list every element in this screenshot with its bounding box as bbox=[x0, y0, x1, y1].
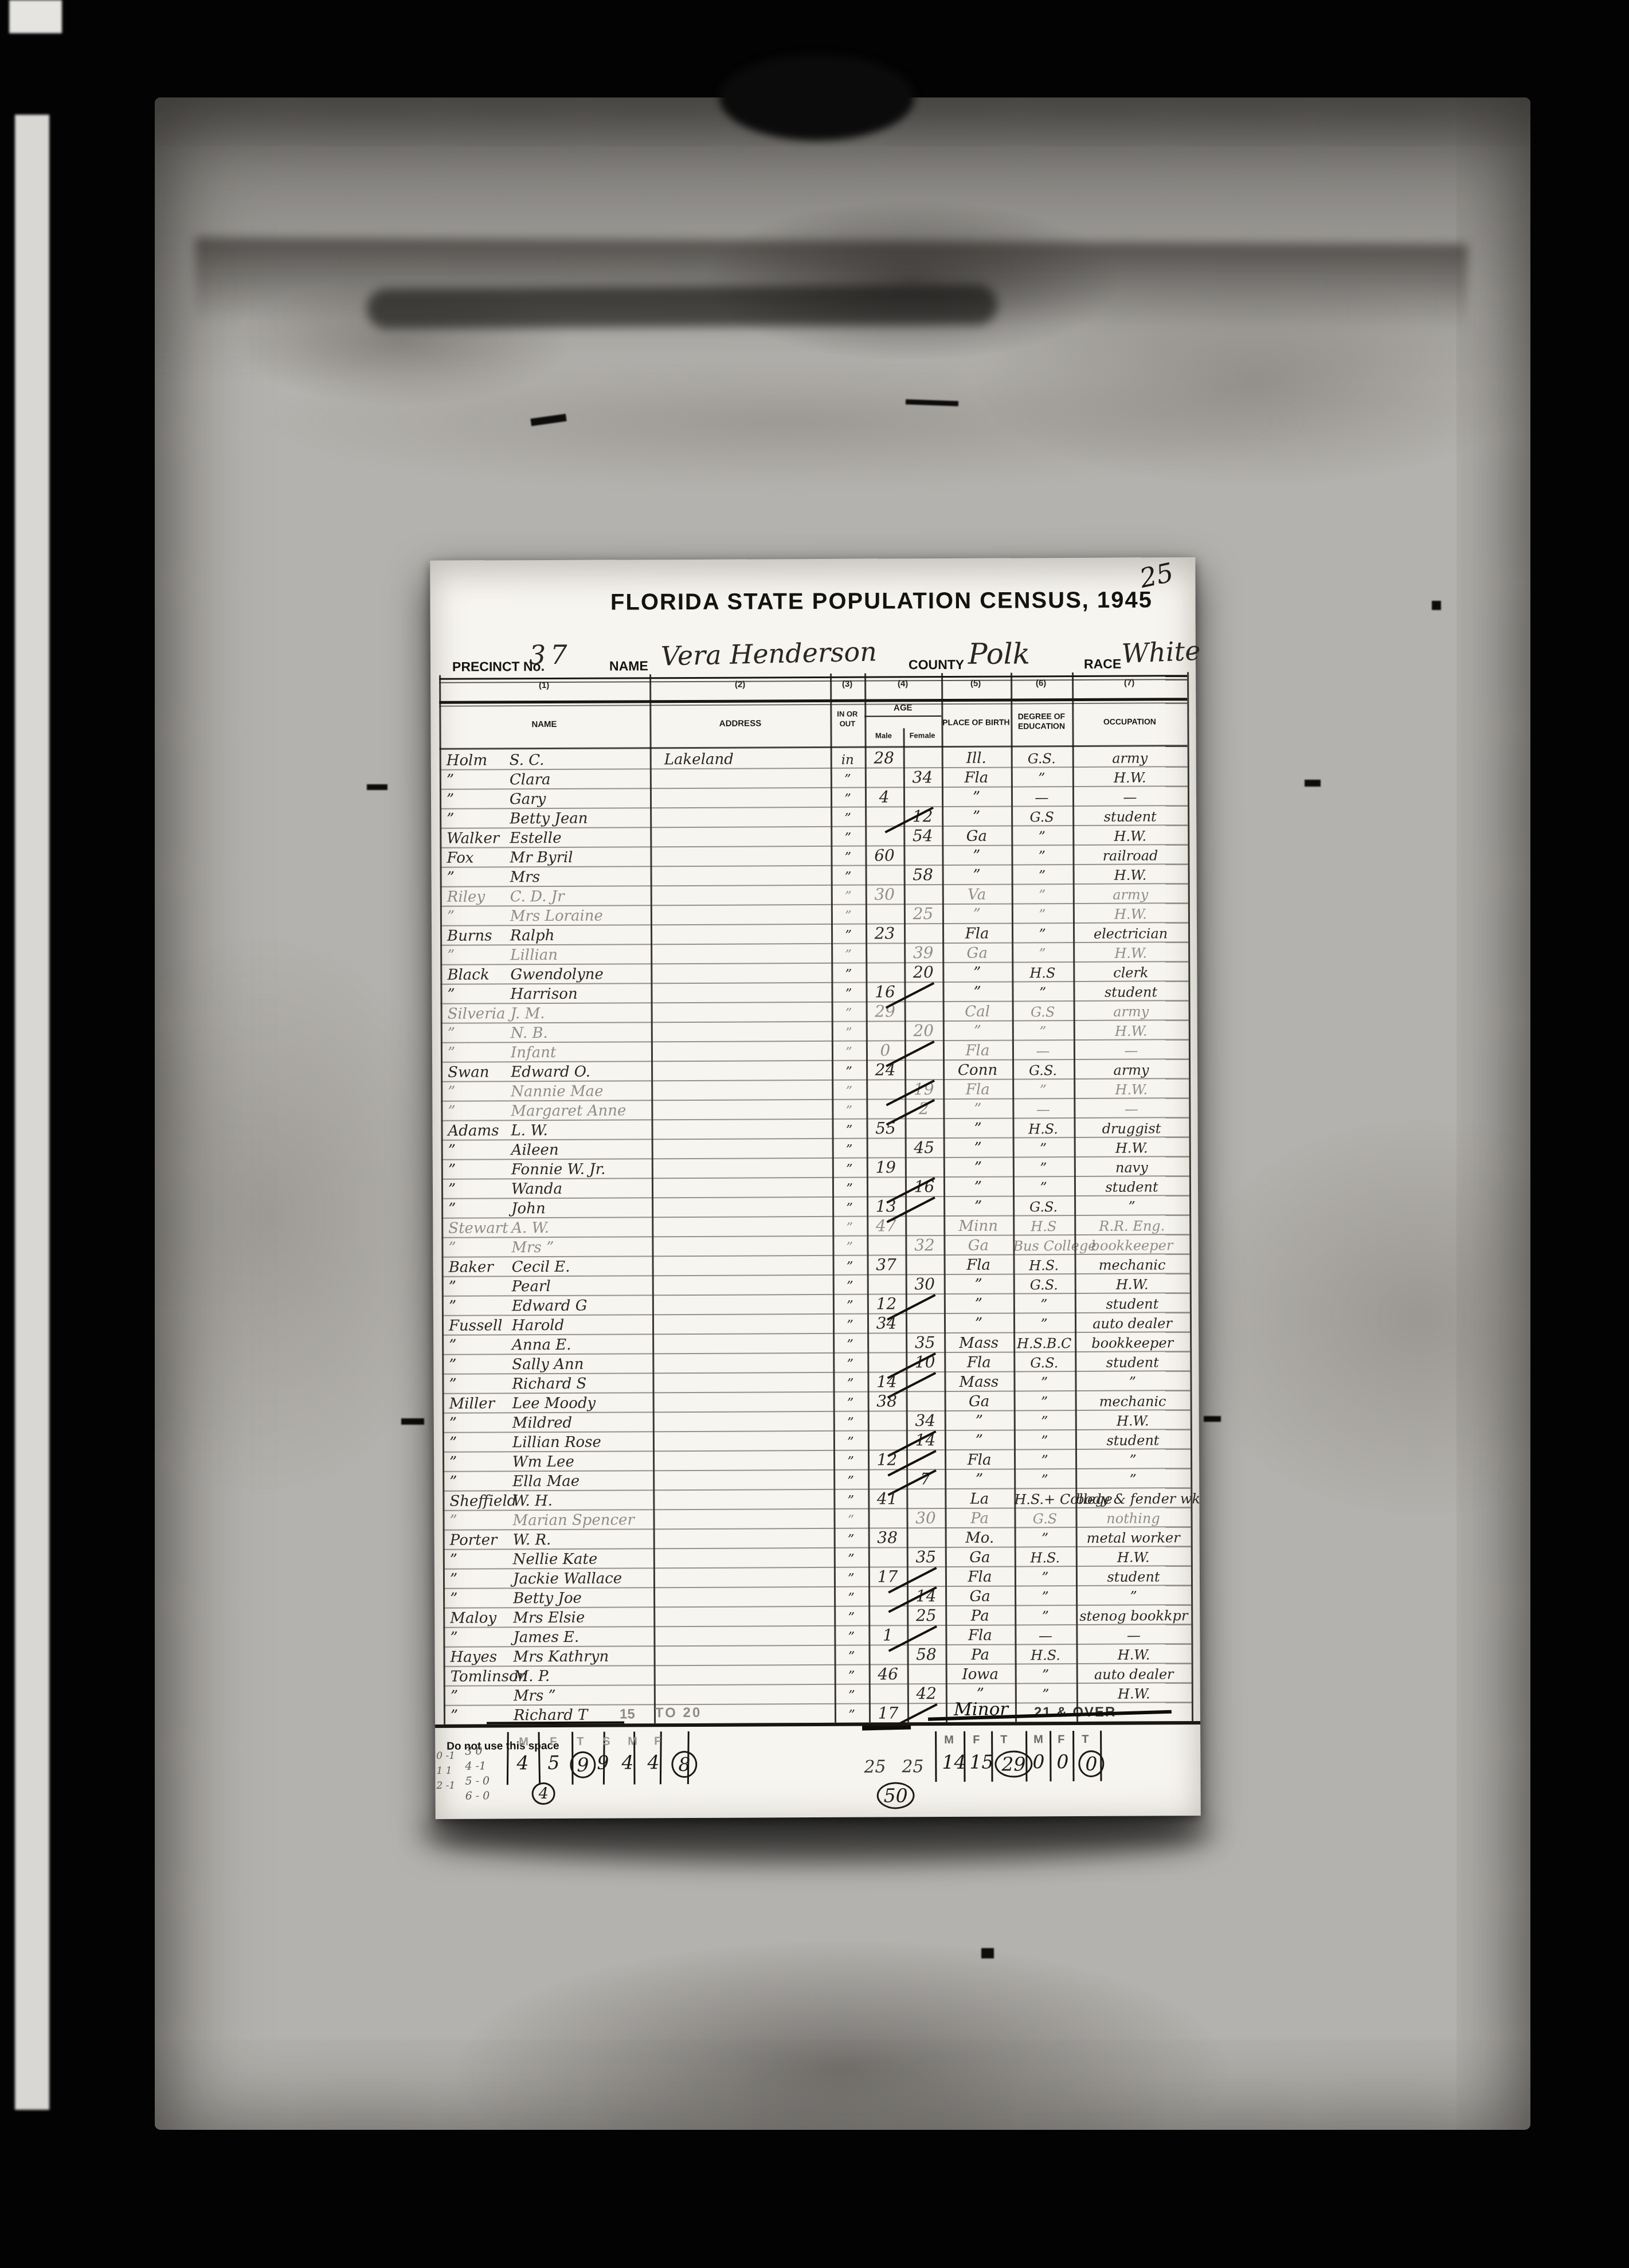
cell-education: ” bbox=[1014, 1394, 1075, 1410]
name-label: NAME bbox=[609, 658, 648, 674]
cell-male: 30 bbox=[866, 885, 904, 904]
cell-surname: ” bbox=[449, 1512, 457, 1530]
column-number: (5) bbox=[958, 679, 993, 689]
tally-letter: T bbox=[577, 1735, 584, 1749]
cell-in_out: ” bbox=[831, 811, 865, 826]
col-header-address: ADDRESS bbox=[683, 718, 797, 729]
cell-birth: ” bbox=[943, 1022, 1012, 1040]
tally-circled-below: 4 bbox=[532, 1782, 555, 1805]
col-header-age: AGE bbox=[868, 703, 937, 713]
film-smudge bbox=[367, 284, 997, 329]
col-header-name: NAME bbox=[487, 719, 601, 730]
cell-given: Mrs Elsie bbox=[513, 1609, 585, 1627]
cell-surname: ” bbox=[447, 908, 455, 925]
cell-surname: Stewart bbox=[448, 1219, 508, 1237]
cell-male: 4 bbox=[865, 787, 903, 806]
cell-given: Wm Lee bbox=[512, 1453, 574, 1471]
group-letter: T bbox=[1000, 1734, 1007, 1747]
cell-in_out: ” bbox=[832, 1123, 867, 1138]
cell-in_out: ” bbox=[832, 1201, 867, 1216]
cell-female: 34 bbox=[903, 768, 942, 787]
cell-surname: Adams bbox=[448, 1122, 499, 1139]
cell-occupation: ” bbox=[1076, 1588, 1191, 1605]
tally-value: 4 bbox=[516, 1751, 528, 1774]
cell-in_out: ” bbox=[833, 1357, 867, 1372]
cell-education: H.S.+ College bbox=[1014, 1491, 1075, 1507]
cell-in_out: ” bbox=[833, 1279, 867, 1294]
cell-occupation: ” bbox=[1075, 1452, 1191, 1468]
cell-education: ” bbox=[1015, 1589, 1076, 1605]
cell-given: Clara bbox=[510, 771, 551, 788]
cell-education: ” bbox=[1014, 1433, 1075, 1449]
cell-education: ” bbox=[1013, 1374, 1075, 1390]
cell-in_out: ” bbox=[834, 1610, 868, 1625]
cell-occupation: electrician bbox=[1073, 925, 1188, 942]
cell-male: 13 bbox=[867, 1196, 905, 1215]
cell-in_out: ” bbox=[833, 1338, 867, 1352]
cell-given: Lillian bbox=[510, 947, 558, 964]
cell-surname: Baker bbox=[449, 1258, 494, 1276]
cell-given: Mrs Kathryn bbox=[513, 1648, 609, 1666]
cell-female: 35 bbox=[906, 1333, 944, 1352]
cell-surname: Swan bbox=[448, 1063, 489, 1081]
cell-given: Fonnie W. Jr. bbox=[511, 1161, 606, 1179]
column-number: (3) bbox=[830, 679, 864, 689]
cell-surname: ” bbox=[450, 1590, 457, 1608]
cell-occupation: ” bbox=[1075, 1374, 1190, 1390]
cell-occupation: ” bbox=[1074, 1198, 1189, 1215]
cell-occupation: H.W. bbox=[1075, 1276, 1190, 1293]
cell-male: 24 bbox=[866, 1060, 904, 1079]
film-blot bbox=[719, 54, 914, 140]
cell-birth: Cal bbox=[943, 1003, 1012, 1020]
cell-surname: ” bbox=[450, 1629, 457, 1647]
cell-given: Gary bbox=[510, 791, 546, 808]
col-header-occupation: OCCUPATION bbox=[1072, 717, 1187, 727]
cell-education: ” bbox=[1012, 1082, 1074, 1098]
cell-occupation: army bbox=[1073, 886, 1188, 903]
cell-given: Pearl bbox=[512, 1278, 551, 1295]
tally-letter: M bbox=[628, 1735, 637, 1748]
cell-occupation: druggist bbox=[1074, 1120, 1189, 1137]
group-stroke bbox=[1072, 1731, 1074, 1781]
cell-given: Lee Moody bbox=[512, 1395, 596, 1413]
cell-in_out: ” bbox=[832, 1006, 866, 1021]
group-value: 15 bbox=[969, 1751, 993, 1773]
film-artifact bbox=[981, 1948, 994, 1958]
printed-16to20-label: TO 20 bbox=[655, 1705, 702, 1721]
cell-given: Mr Byril bbox=[510, 849, 573, 866]
cell-occupation: H.W. bbox=[1076, 1549, 1191, 1566]
cell-in_out: ” bbox=[831, 850, 865, 865]
cell-education: ” bbox=[1011, 828, 1072, 844]
cell-surname: Maloy bbox=[450, 1609, 496, 1626]
cell-male: 16 bbox=[866, 982, 904, 1001]
cell-occupation: H.W. bbox=[1073, 906, 1188, 922]
cell-surname: ” bbox=[447, 791, 454, 808]
cell-education: ” bbox=[1014, 1413, 1075, 1429]
cell-female: 34 bbox=[906, 1411, 945, 1430]
cell-male: 38 bbox=[868, 1528, 907, 1547]
cell-education: G.S. bbox=[1013, 1355, 1075, 1371]
cell-male: 60 bbox=[865, 846, 903, 865]
group-stroke bbox=[1050, 1731, 1051, 1781]
film-smudge bbox=[241, 367, 1330, 505]
col-header-in-or-out: IN OR OUT bbox=[830, 709, 864, 729]
cell-in_out: ” bbox=[831, 889, 866, 904]
cell-occupation: H.W. bbox=[1073, 867, 1188, 883]
cell-education: G.S bbox=[1011, 809, 1072, 825]
cell-education: — bbox=[1012, 1101, 1074, 1117]
cell-male: 34 bbox=[867, 1313, 906, 1332]
cell-male: 0 bbox=[866, 1041, 904, 1059]
cell-surname: Hayes bbox=[450, 1648, 497, 1665]
cell-female: 7 bbox=[906, 1469, 945, 1488]
cell-given: Anna E. bbox=[512, 1336, 571, 1354]
cell-surname: ” bbox=[447, 869, 455, 886]
cell-birth: Fla bbox=[945, 1626, 1015, 1644]
cell-given: Marian Spencer bbox=[512, 1511, 634, 1529]
grand-total: 50 bbox=[877, 1782, 915, 1809]
cell-in_out: ” bbox=[832, 1221, 867, 1235]
cell-education: G.S. bbox=[1012, 1062, 1074, 1078]
group-letter: F bbox=[1058, 1733, 1064, 1746]
name-value: Vera Henderson bbox=[660, 636, 877, 671]
tally-value: 9 bbox=[597, 1751, 609, 1774]
group-value: 0 bbox=[1056, 1750, 1068, 1773]
cell-surname: ” bbox=[448, 1181, 456, 1198]
cell-surname: ” bbox=[447, 772, 454, 789]
cell-occupation: bookkeeper bbox=[1074, 1237, 1189, 1254]
cell-birth: Fla bbox=[945, 1568, 1015, 1586]
cell-occupation: stenog bookkpr bbox=[1076, 1608, 1191, 1624]
cell-occupation: H.W. bbox=[1073, 945, 1188, 961]
cell-in_out: ” bbox=[831, 928, 866, 943]
cell-surname: Walker bbox=[447, 830, 499, 847]
cell-birth: Iowa bbox=[946, 1665, 1015, 1683]
tally-value: 5 bbox=[547, 1751, 559, 1774]
cell-education: H.S. bbox=[1015, 1647, 1076, 1663]
cell-given: Aileen bbox=[511, 1141, 559, 1159]
cell-birth: ” bbox=[943, 1159, 1013, 1176]
cell-occupation: — bbox=[1076, 1627, 1191, 1644]
cell-education: G.S bbox=[1012, 1004, 1074, 1020]
cell-birth: Pa bbox=[945, 1607, 1015, 1625]
cell-birth: Fla bbox=[942, 769, 1011, 787]
cell-education: — bbox=[1011, 789, 1072, 805]
cell-given: Infant bbox=[511, 1044, 556, 1061]
cell-in_out: ” bbox=[833, 1377, 867, 1391]
group-stroke bbox=[935, 1731, 937, 1782]
pencil-tally-mid: 3 0 4 -1 5 - 0 6 - 0 bbox=[465, 1743, 490, 1803]
cell-education: ” bbox=[1012, 984, 1073, 1000]
group-value: 14 bbox=[942, 1751, 966, 1773]
cell-surname: ” bbox=[449, 1356, 456, 1374]
cell-in_out: ” bbox=[834, 1552, 868, 1567]
cell-surname: ” bbox=[449, 1376, 456, 1393]
cell-occupation: metal worker bbox=[1076, 1530, 1191, 1546]
cell-in_out: ” bbox=[834, 1571, 868, 1586]
male-total: 25 bbox=[864, 1757, 886, 1777]
adjacent-frame-sliver bbox=[15, 115, 49, 2110]
cell-in_out: ” bbox=[835, 1708, 869, 1723]
cell-birth: ” bbox=[942, 867, 1012, 885]
cell-education: ” bbox=[1013, 1140, 1074, 1156]
cell-surname: Burns bbox=[447, 927, 492, 944]
cell-female: 30 bbox=[906, 1274, 944, 1293]
cell-in_out: ” bbox=[834, 1532, 868, 1547]
cell-male: 23 bbox=[866, 924, 904, 943]
cell-in_out: ” bbox=[833, 1513, 868, 1528]
cell-occupation: ” bbox=[1075, 1471, 1191, 1488]
cell-in_out: ” bbox=[833, 1454, 868, 1469]
cell-given: Harold bbox=[512, 1317, 564, 1334]
cell-male: 12 bbox=[868, 1450, 906, 1469]
cell-male: 28 bbox=[865, 748, 903, 767]
cell-birth: ” bbox=[942, 964, 1012, 982]
film-artifact bbox=[1204, 1416, 1221, 1422]
cell-occupation: H.W. bbox=[1076, 1647, 1191, 1663]
cell-education: ” bbox=[1012, 867, 1073, 883]
col-header-male: Male bbox=[865, 730, 903, 740]
cell-in_out: ” bbox=[835, 1688, 869, 1703]
group-value: 29 bbox=[994, 1750, 1032, 1777]
cell-birth: ” bbox=[945, 1412, 1014, 1430]
cell-education: ” bbox=[1015, 1667, 1076, 1683]
col-header-female: Female bbox=[903, 730, 942, 740]
age-underline bbox=[864, 715, 941, 717]
cell-surname: ” bbox=[449, 1337, 456, 1354]
cell-birth: ” bbox=[942, 808, 1011, 826]
cell-education: ” bbox=[1013, 1296, 1075, 1312]
cell-female: 19 bbox=[904, 1080, 943, 1098]
cell-surname: ” bbox=[448, 1103, 455, 1120]
cell-occupation: student bbox=[1075, 1296, 1190, 1312]
cell-given: W. R. bbox=[513, 1531, 551, 1549]
cell-occupation: mechanic bbox=[1075, 1257, 1190, 1273]
cell-in_out: ” bbox=[831, 967, 866, 982]
cell-occupation: R.R. Eng. bbox=[1074, 1218, 1189, 1234]
cell-given: Gwendolyne bbox=[510, 966, 604, 984]
cell-birth: ” bbox=[944, 1276, 1013, 1293]
cell-in_out: ” bbox=[835, 1669, 869, 1684]
cell-birth: Fla bbox=[944, 1354, 1013, 1371]
cell-occupation: — bbox=[1074, 1101, 1189, 1117]
cell-occupation: bookkeeper bbox=[1075, 1335, 1190, 1351]
cell-surname: ” bbox=[448, 1201, 456, 1218]
group-letter: M bbox=[1033, 1733, 1043, 1746]
cell-birth: La bbox=[945, 1490, 1014, 1508]
cell-female: 42 bbox=[907, 1684, 946, 1703]
cell-female: 14 bbox=[906, 1430, 945, 1449]
cell-education: H.S bbox=[1012, 965, 1073, 981]
cell-birth: Pa bbox=[945, 1510, 1014, 1527]
cell-occupation: army bbox=[1074, 1003, 1189, 1020]
cell-given: Betty Joe bbox=[513, 1590, 582, 1608]
county-label: COUNTY bbox=[909, 657, 964, 672]
cell-in_out: ” bbox=[832, 1240, 867, 1255]
cell-female: 39 bbox=[904, 943, 942, 962]
col-header-birth: PLACE OF BIRTH bbox=[941, 718, 1011, 728]
cell-male: 17 bbox=[869, 1703, 907, 1722]
cell-female: 25 bbox=[907, 1606, 945, 1625]
cell-given: N. B. bbox=[511, 1024, 548, 1042]
adjacent-frame-sliver bbox=[9, 0, 62, 33]
cell-surname: ” bbox=[449, 1298, 456, 1315]
cell-occupation: H.W. bbox=[1072, 769, 1188, 786]
cell-given: W. H. bbox=[512, 1492, 553, 1510]
cell-occupation: student bbox=[1075, 1354, 1190, 1371]
cell-education: ” bbox=[1012, 1023, 1074, 1039]
cell-surname: ” bbox=[447, 947, 455, 964]
precinct-value: 37 bbox=[529, 639, 572, 670]
cell-birth: Ga bbox=[942, 945, 1012, 963]
cell-surname: ” bbox=[449, 1434, 457, 1452]
tally-letter: F bbox=[550, 1735, 557, 1749]
cell-occupation: clerk bbox=[1073, 964, 1188, 981]
cell-surname: ” bbox=[449, 1473, 457, 1491]
cell-education: ” bbox=[1014, 1472, 1075, 1488]
cell-birth: Fla bbox=[942, 925, 1012, 943]
cell-in_out: ” bbox=[832, 1045, 866, 1060]
cell-given: Richard S bbox=[512, 1375, 586, 1393]
column-number: (7) bbox=[1112, 678, 1146, 687]
cell-occupation: body & fender wk bbox=[1075, 1491, 1191, 1507]
cell-male: 55 bbox=[866, 1119, 904, 1137]
group-value: 0 bbox=[1032, 1750, 1044, 1773]
cell-in_out: ” bbox=[833, 1493, 868, 1508]
cell-in_out: ” bbox=[833, 1415, 868, 1430]
tally-value: 8 bbox=[671, 1751, 697, 1778]
cell-occupation: H.W. bbox=[1075, 1413, 1191, 1429]
column-number: (2) bbox=[723, 679, 757, 689]
cell-education: G.S. bbox=[1013, 1199, 1074, 1215]
cell-given: John bbox=[511, 1200, 546, 1217]
cell-birth: Ga bbox=[945, 1393, 1014, 1410]
cell-occupation: — bbox=[1072, 789, 1188, 805]
female-total: 25 bbox=[902, 1757, 923, 1777]
cell-occupation: H.W. bbox=[1074, 1140, 1189, 1156]
cell-female: 32 bbox=[905, 1235, 943, 1254]
cell-given: Jackie Wallace bbox=[513, 1570, 622, 1587]
cell-education: ” bbox=[1011, 848, 1072, 864]
cell-surname: ” bbox=[448, 1162, 456, 1179]
cell-birth: Mo. bbox=[945, 1529, 1015, 1547]
cell-male: 46 bbox=[869, 1664, 907, 1683]
cell-birth: ” bbox=[943, 1120, 1012, 1137]
cell-male: 38 bbox=[868, 1391, 906, 1410]
cell-surname: ” bbox=[447, 811, 454, 828]
cell-in_out: ” bbox=[831, 909, 866, 924]
cell-birth: Ga bbox=[945, 1587, 1015, 1605]
column-number: (1) bbox=[527, 681, 561, 690]
cell-occupation: army bbox=[1074, 1062, 1189, 1078]
cell-female: 30 bbox=[906, 1508, 945, 1527]
cell-occupation: auto dealer bbox=[1076, 1666, 1192, 1683]
cell-given: Betty Jean bbox=[510, 810, 588, 828]
cell-given: Nellie Kate bbox=[513, 1551, 598, 1569]
col-header-education: DEGREE OF EDUCATION bbox=[1011, 711, 1072, 731]
cell-female: 16 bbox=[905, 1177, 943, 1196]
cell-in_out: in bbox=[831, 753, 865, 768]
cell-surname: ” bbox=[447, 986, 455, 1003]
cell-education: ” bbox=[1015, 1569, 1076, 1585]
cell-male: 47 bbox=[867, 1216, 905, 1235]
pencil-tally-left: 0 -1 1 1 2 -1 bbox=[436, 1749, 455, 1793]
cell-female: 2 bbox=[904, 1099, 943, 1118]
cell-education: ” bbox=[1011, 770, 1072, 786]
cell-surname: Black bbox=[447, 966, 489, 983]
cell-education: H.S. bbox=[1015, 1550, 1076, 1566]
cell-occupation: H.W. bbox=[1074, 1081, 1189, 1098]
cell-surname: Riley bbox=[447, 889, 485, 906]
cell-in_out: ” bbox=[832, 1084, 866, 1099]
cell-in_out: ” bbox=[831, 831, 865, 846]
cell-in_out: ” bbox=[833, 1474, 868, 1489]
cell-given: A. W. bbox=[511, 1219, 549, 1237]
cell-occupation: navy bbox=[1074, 1159, 1189, 1176]
cell-in_out: ” bbox=[833, 1318, 867, 1333]
cell-surname: ” bbox=[448, 1239, 456, 1257]
cell-surname: Sheffield bbox=[449, 1492, 516, 1510]
cell-address: Lakeland bbox=[664, 751, 734, 769]
cell-occupation: army bbox=[1072, 750, 1188, 767]
cell-in_out: ” bbox=[832, 1182, 867, 1196]
cell-occupation: auto dealer bbox=[1075, 1315, 1190, 1332]
cell-education: ” bbox=[1014, 1452, 1075, 1468]
cell-birth: Ga bbox=[943, 1237, 1013, 1254]
cell-in_out: ” bbox=[832, 1143, 867, 1158]
cell-occupation: mechanic bbox=[1075, 1393, 1191, 1410]
cell-education: ” bbox=[1012, 945, 1073, 961]
cell-birth: Va bbox=[942, 886, 1012, 904]
cell-birth: ” bbox=[943, 1198, 1013, 1215]
cell-surname: Fox bbox=[447, 850, 473, 867]
cell-occupation: — bbox=[1074, 1042, 1189, 1059]
tally-letter: M bbox=[519, 1735, 528, 1749]
cell-given: Mrs ” bbox=[514, 1687, 556, 1704]
tally-letter: F bbox=[654, 1735, 661, 1748]
cell-given: Edward O. bbox=[511, 1063, 590, 1081]
cell-in_out: ” bbox=[832, 1104, 866, 1119]
cell-given: Lillian Rose bbox=[512, 1434, 601, 1452]
cell-birth: ” bbox=[943, 1178, 1013, 1196]
cell-occupation: H.W. bbox=[1074, 1023, 1189, 1039]
race-label: RACE bbox=[1084, 656, 1121, 672]
cell-in_out: ” bbox=[831, 987, 866, 1002]
cell-in_out: ” bbox=[832, 1026, 866, 1041]
cell-in_out: ” bbox=[831, 792, 865, 807]
cell-in_out: ” bbox=[833, 1435, 868, 1450]
cell-given: L. W. bbox=[511, 1122, 547, 1139]
census-sheet: FLORIDA STATE POPULATION CENSUS, 1945 25… bbox=[430, 557, 1201, 1819]
cell-given: Cecil E. bbox=[512, 1258, 570, 1276]
tally-value: 4 bbox=[647, 1751, 659, 1773]
cell-given: Wanda bbox=[511, 1180, 562, 1198]
cell-female: 20 bbox=[904, 1021, 943, 1040]
tally-stroke bbox=[507, 1732, 509, 1785]
cell-given: Mrs bbox=[510, 869, 541, 886]
cell-male: 19 bbox=[867, 1158, 905, 1176]
cell-given: Mildred bbox=[512, 1414, 572, 1432]
do-not-use-label: Do not use this space bbox=[447, 1740, 559, 1753]
cell-surname: Porter bbox=[450, 1531, 498, 1549]
cell-male: 12 bbox=[867, 1294, 906, 1313]
cell-given: Harrison bbox=[510, 986, 577, 1003]
cell-surname: ” bbox=[449, 1278, 456, 1296]
cell-female: 54 bbox=[903, 826, 942, 845]
cell-surname: Silveria bbox=[448, 1005, 506, 1022]
